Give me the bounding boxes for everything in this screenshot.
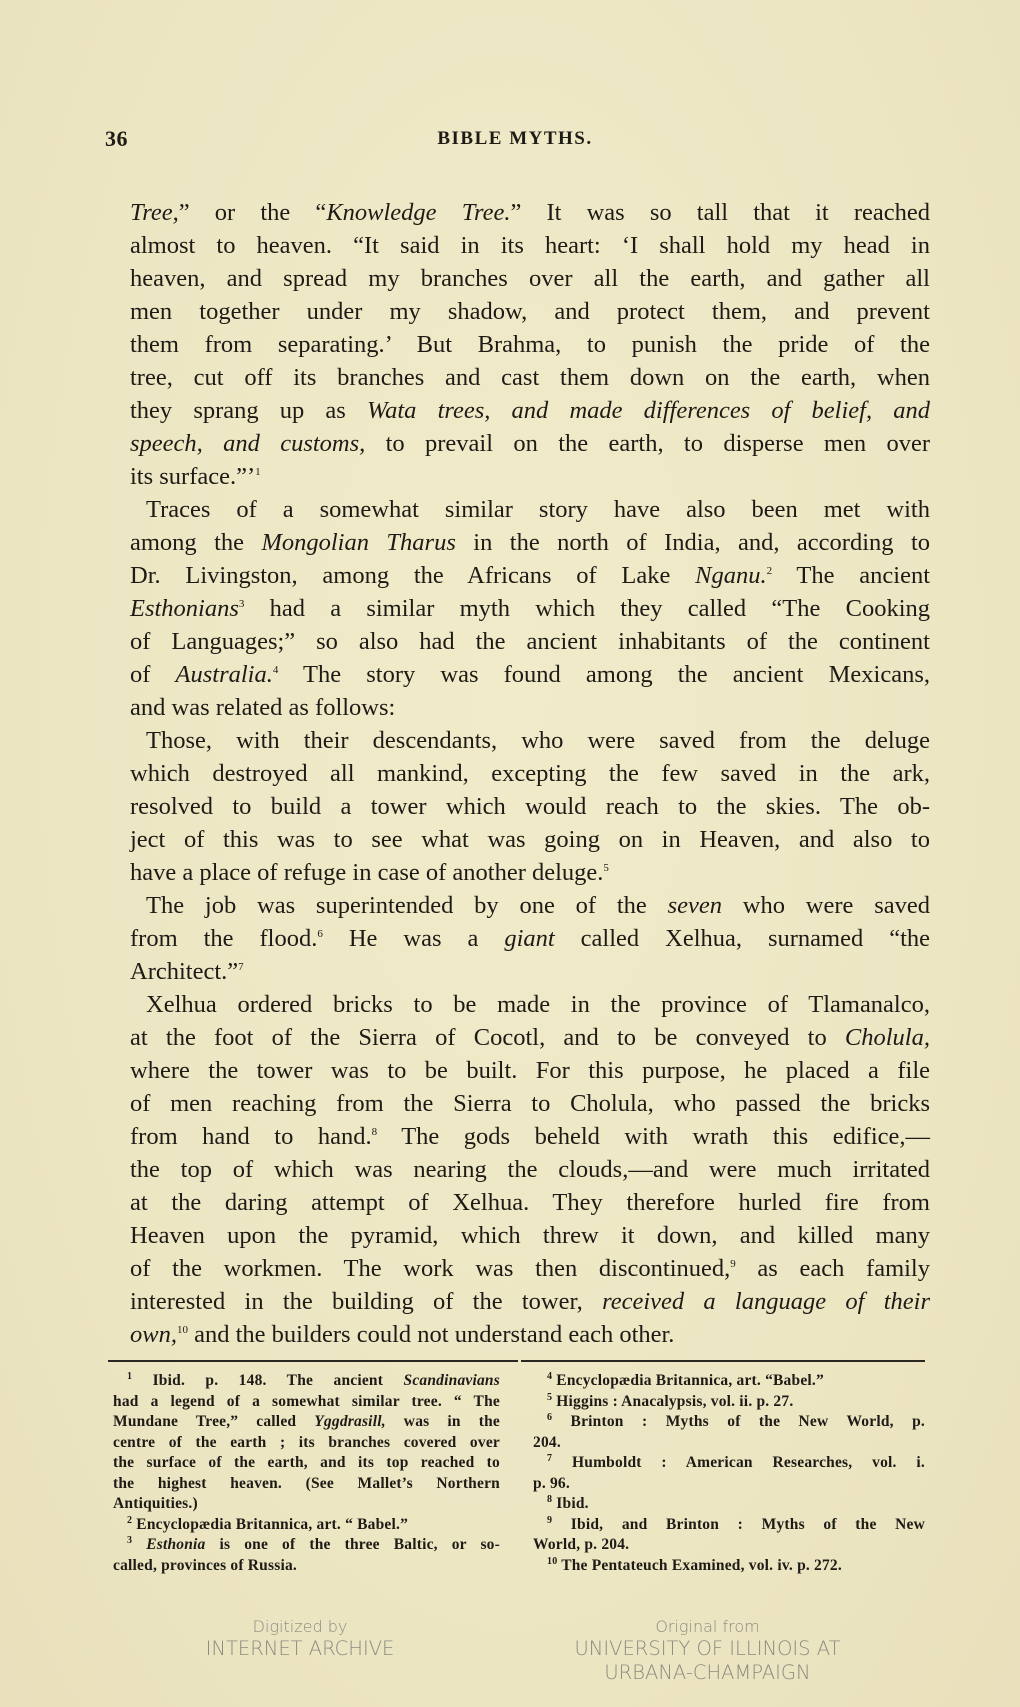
text-segment: Mundane Tree,” called [113, 1413, 314, 1430]
text-line: resolved to build a tower which would re… [130, 790, 930, 823]
text-segment: Ibid. p. 148. The ancient [132, 1372, 403, 1389]
text-line: and was related as follows: [130, 691, 930, 724]
text-segment: called Xelhua, surnamed “the [555, 925, 930, 952]
text-line: The job was superintended by one of the … [130, 889, 930, 922]
text-segment: the highest heaven. (See Mallet’s Northe… [113, 1475, 500, 1492]
footnote-line: 204. [533, 1433, 925, 1454]
text-line: Architect.”7 [130, 955, 930, 988]
text-segment: had a legend of a somewhat similar tree.… [113, 1393, 500, 1410]
text-segment: from the flood. [130, 925, 317, 952]
text-segment: the top of which was nearing the clouds,… [130, 1156, 930, 1183]
text-segment: Higgins : Anacalypsis, vol. ii. p. 27. [552, 1393, 793, 1410]
footnote-line: 8 Ibid. [533, 1494, 925, 1515]
text-line: of men reaching from the Sierra to Cholu… [130, 1087, 930, 1120]
text-segment: World, p. 204. [533, 1536, 629, 1553]
text-line: have a place of refuge in case of anothe… [130, 856, 930, 889]
text-segment: Heaven upon the pyramid, which threw it … [130, 1222, 930, 1249]
page-header: 36 BIBLE MYTHS. [105, 126, 925, 156]
italic-text: giant [504, 925, 554, 952]
footnote-line: had a legend of a somewhat similar tree.… [113, 1392, 500, 1413]
text-segment: have a place of refuge in case of anothe… [130, 859, 603, 886]
text-line: where the tower was to be built. For thi… [130, 1054, 930, 1087]
footnote-marker: 5 [603, 862, 609, 874]
text-segment: who were saved [722, 892, 930, 919]
text-line: among the Mongolian Tharus in the north … [130, 526, 930, 559]
text-segment: Encyclopædia Britannica, art. “ Babel.” [132, 1516, 408, 1533]
footnote-divider-left [108, 1360, 518, 1362]
italic-text: received a language of their [602, 1288, 930, 1315]
text-segment: Humboldt : American Researches, vol. i. [552, 1454, 925, 1471]
footnote-line: called, provinces of Russia. [113, 1556, 500, 1577]
watermark-digitized-by: Digitized by INTERNET ARCHIVE [180, 1617, 420, 1661]
text-segment: The gods beheld with wrath this edifice,… [377, 1123, 930, 1150]
text-segment: and was related as follows: [130, 694, 395, 721]
text-segment: which destroyed all mankind, excepting t… [130, 760, 930, 787]
text-segment: from hand to hand. [130, 1123, 372, 1150]
watermark-label: Original from [555, 1617, 860, 1637]
text-line: almost to heaven. “It said in its heart:… [130, 229, 930, 262]
footnote-line: Mundane Tree,” called Yggdrasill, was in… [113, 1412, 500, 1433]
footnote-line: 3 Esthonia is one of the three Baltic, o… [113, 1535, 500, 1556]
footnote-line: Antiquities.) [113, 1494, 500, 1515]
watermark-source: INTERNET ARCHIVE [180, 1637, 420, 1661]
italic-text: Mongolian Tharus [261, 529, 455, 556]
italic-text: Yggdrasill, [314, 1413, 386, 1430]
text-segment: where the tower was to be built. For thi… [130, 1057, 930, 1084]
text-line: of Australia.4 The story was found among… [130, 658, 930, 691]
footnote-line: centre of the earth ; its branches cover… [113, 1433, 500, 1454]
text-segment: Brinton : Myths of the New World, p. [552, 1413, 925, 1430]
text-segment: is one of the three Baltic, or so- [206, 1536, 500, 1553]
footnote-marker: 7 [238, 961, 244, 973]
text-segment: and the builders could not understand ea… [188, 1321, 674, 1348]
text-segment: ject of this was to see what was going o… [130, 826, 930, 853]
text-segment: resolved to build a tower which would re… [130, 793, 930, 820]
text-line: Esthonians3 had a similar myth which the… [130, 592, 930, 625]
text-segment: was in the [386, 1413, 500, 1430]
watermark-institution-line: UNIVERSITY OF ILLINOIS AT [555, 1637, 860, 1661]
footnote-line: 5 Higgins : Anacalypsis, vol. ii. p. 27. [533, 1392, 925, 1413]
italic-text: own, [130, 1321, 177, 1348]
text-segment: Ibid. [552, 1495, 589, 1512]
italic-text: seven [668, 892, 722, 919]
book-page: 36 BIBLE MYTHS. Tree,” or the “Knowledge… [0, 0, 1020, 1707]
footnote-line: 2 Encyclopædia Britannica, art. “ Babel.… [113, 1515, 500, 1536]
italic-text: Knowledge Tree. [326, 199, 510, 226]
text-segment: in the north of India, and, according to [456, 529, 930, 556]
text-segment: at the foot of the Sierra of Cocotl, and… [130, 1024, 845, 1051]
footnote-line: p. 96. [533, 1474, 925, 1495]
text-segment: had a similar myth which they called “Th… [244, 595, 930, 622]
footnote-marker: 10 [547, 1556, 557, 1567]
text-line: Tree,” or the “Knowledge Tree.” It was s… [130, 196, 930, 229]
text-segment: its surface.”’ [130, 463, 255, 490]
text-line: of Languages;” so also had the ancient i… [130, 625, 930, 658]
text-line: its surface.”’1 [130, 460, 930, 493]
text-segment: Xelhua ordered bricks to be made in the … [146, 991, 930, 1018]
italic-text: Scandinavians [404, 1372, 501, 1389]
italic-text: Tree, [130, 199, 179, 226]
italic-text: speech, and customs, [130, 430, 365, 457]
text-segment: Traces of a somewhat similar story have … [146, 496, 930, 523]
text-segment: tree, cut off its branches and cast them… [130, 364, 930, 391]
text-segment: at the daring attempt of Xelhua. They th… [130, 1189, 930, 1216]
text-line: they sprang up as Wata trees, and made d… [130, 394, 930, 427]
text-segment: interested in the building of the tower, [130, 1288, 602, 1315]
running-title: BIBLE MYTHS. [105, 128, 925, 150]
text-line: ject of this was to see what was going o… [130, 823, 930, 856]
text-segment: centre of the earth ; its branches cover… [113, 1434, 500, 1451]
italic-text: Nganu. [695, 562, 766, 589]
text-line: heaven, and spread my branches over all … [130, 262, 930, 295]
text-segment: Antiquities.) [113, 1495, 198, 1512]
footnote-line: the surface of the earth, and its top re… [113, 1453, 500, 1474]
text-segment: they sprang up as [130, 397, 367, 424]
text-segment: of [130, 661, 176, 688]
text-line: tree, cut off its branches and cast them… [130, 361, 930, 394]
italic-text: Esthonians [130, 595, 239, 622]
footnotes-left-column: 1 Ibid. p. 148. The ancient Scandinavian… [113, 1371, 500, 1576]
text-line: of the workmen. The work was then discon… [130, 1252, 930, 1285]
text-line: the top of which was nearing the clouds,… [130, 1153, 930, 1186]
footnote-divider-right [521, 1360, 925, 1362]
footnote-line: 6 Brinton : Myths of the New World, p. [533, 1412, 925, 1433]
text-line: them from separating.’ But Brahma, to pu… [130, 328, 930, 361]
text-line: own,10 and the builders could not unders… [130, 1318, 930, 1351]
text-segment: of men reaching from the Sierra to Cholu… [130, 1090, 930, 1117]
footnote-line: 10 The Pentateuch Examined, vol. iv. p. … [533, 1556, 925, 1577]
text-segment: almost to heaven. “It said in its heart:… [130, 232, 930, 259]
footnote-marker: 1 [255, 466, 261, 478]
text-segment: among the [130, 529, 261, 556]
text-line: at the foot of the Sierra of Cocotl, and… [130, 1021, 930, 1054]
text-line: Dr. Livingston, among the Africans of La… [130, 559, 930, 592]
watermark-original-from: Original from UNIVERSITY OF ILLINOIS AT … [555, 1617, 860, 1685]
text-segment: The Pentateuch Examined, vol. iv. p. 272… [557, 1557, 842, 1574]
text-line: which destroyed all mankind, excepting t… [130, 757, 930, 790]
text-segment: p. 96. [533, 1475, 570, 1492]
text-segment: Ibid, and Brinton : Myths of the New [552, 1516, 925, 1533]
footnote-line: 4 Encyclopædia Britannica, art. “Babel.” [533, 1371, 925, 1392]
text-line: from hand to hand.8 The gods beheld with… [130, 1120, 930, 1153]
footnote-line: World, p. 204. [533, 1535, 925, 1556]
text-line: interested in the building of the tower,… [130, 1285, 930, 1318]
watermark-institution-line: URBANA-CHAMPAIGN [555, 1661, 860, 1685]
text-segment: 204. [533, 1434, 561, 1451]
text-segment: The story was found among the ancient Me… [278, 661, 930, 688]
text-line: from the flood.6 He was a giant called X… [130, 922, 930, 955]
watermark-label: Digitized by [180, 1617, 420, 1637]
italic-text: Esthonia [146, 1536, 205, 1553]
italic-text: Cholula, [845, 1024, 930, 1051]
text-segment: Architect.” [130, 958, 238, 985]
italic-text: Australia. [176, 661, 273, 688]
footnote-line: 1 Ibid. p. 148. The ancient Scandinavian… [113, 1371, 500, 1392]
text-line: at the daring attempt of Xelhua. They th… [130, 1186, 930, 1219]
text-segment: ” or the “ [179, 199, 327, 226]
text-segment: Those, with their descendants, who were … [146, 727, 930, 754]
footnote-marker: 10 [177, 1324, 188, 1336]
text-segment: called, provinces of Russia. [113, 1557, 297, 1574]
text-line: Xelhua ordered bricks to be made in the … [130, 988, 930, 1021]
footnote-line: 7 Humboldt : American Researches, vol. i… [533, 1453, 925, 1474]
text-line: Those, with their descendants, who were … [130, 724, 930, 757]
text-segment: The job was superintended by one of the [146, 892, 668, 919]
text-segment: Dr. Livingston, among the Africans of La… [130, 562, 695, 589]
text-segment: heaven, and spread my branches over all … [130, 265, 930, 292]
footnote-line: 9 Ibid, and Brinton : Myths of the New [533, 1515, 925, 1536]
text-line: Traces of a somewhat similar story have … [130, 493, 930, 526]
text-segment: Encyclopædia Britannica, art. “Babel.” [552, 1372, 824, 1389]
text-segment: them from separating.’ But Brahma, to pu… [130, 331, 930, 358]
footnote-line: the highest heaven. (See Mallet’s Northe… [113, 1474, 500, 1495]
italic-text: Wata trees, and made differences of beli… [367, 397, 930, 424]
text-segment: of Languages;” so also had the ancient i… [130, 628, 930, 655]
text-segment: ” It was so tall that it reached [510, 199, 930, 226]
text-segment [132, 1536, 146, 1553]
text-segment: men together under my shadow, and protec… [130, 298, 930, 325]
footnotes-right-column: 4 Encyclopædia Britannica, art. “Babel.”… [533, 1371, 925, 1576]
text-segment: He was a [323, 925, 504, 952]
text-segment: as each family [736, 1255, 930, 1282]
text-line: men together under my shadow, and protec… [130, 295, 930, 328]
text-line: Heaven upon the pyramid, which threw it … [130, 1219, 930, 1252]
text-line: speech, and customs, to prevail on the e… [130, 427, 930, 460]
text-segment: of the workmen. The work was then discon… [130, 1255, 730, 1282]
body-text: Tree,” or the “Knowledge Tree.” It was s… [130, 196, 930, 1351]
text-segment: The ancient [772, 562, 930, 589]
text-segment: to prevail on the earth, to disperse men… [365, 430, 930, 457]
text-segment: the surface of the earth, and its top re… [113, 1454, 500, 1471]
